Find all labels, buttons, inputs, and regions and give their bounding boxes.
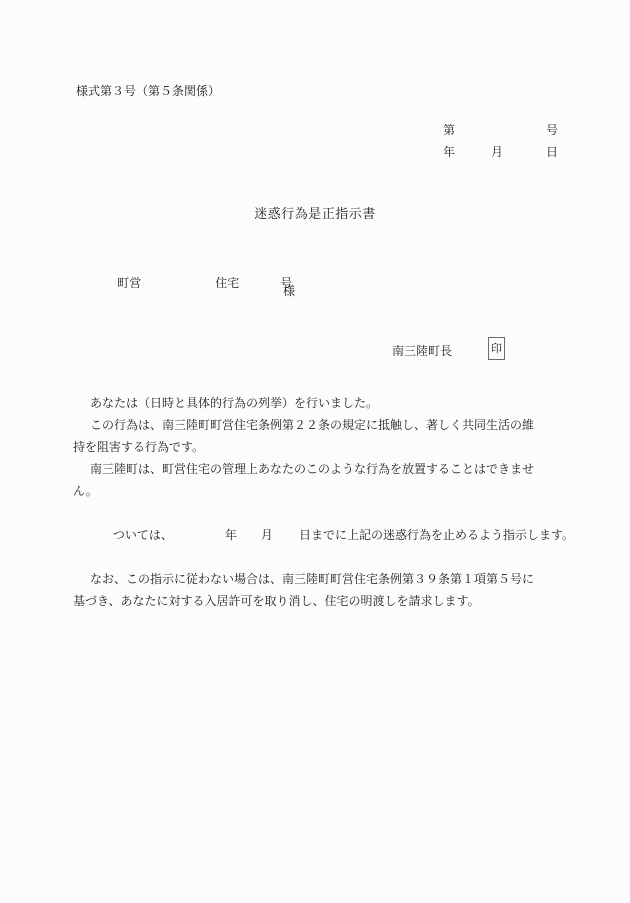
issuer-title: 南三陸町長: [392, 342, 452, 359]
date-day-label: 日: [546, 143, 558, 160]
addressee-line: 町営住宅号: [102, 260, 292, 305]
body-line: 基づき、あなたに対する入居許可を取り消し、住宅の明渡しを請求します。: [73, 590, 576, 612]
body-text: あなたは（日時と具体的行為の列挙）を行いました。 この行為は、南三陸町町営住宅条…: [73, 392, 576, 612]
inkan-seal-label: 印: [491, 343, 502, 354]
document-page: 様式第３号（第５条関係） 第 号 年 月 日 迷惑行為是正指示書 町営住宅号 様…: [0, 0, 630, 903]
body-line: あなたは（日時と具体的行為の列挙）を行いました。: [73, 392, 576, 414]
body-line: ん。: [73, 480, 576, 502]
body-line-deadline: ついては、年月日までに上記の迷惑行為を止めるよう指示します。: [73, 502, 576, 568]
body-line: この行為は、南三陸町町営住宅条例第２２条の規定に抵触し、著しく共同生活の維: [73, 414, 576, 436]
inkan-seal-box: 印: [488, 337, 505, 360]
deadline-intro: ついては、: [113, 524, 173, 546]
ref-number-suffix: 号: [546, 121, 558, 138]
addressee-housing-prefix: 町営: [117, 276, 141, 290]
form-number: 様式第３号（第５条関係）: [76, 82, 220, 99]
date-month-label: 月: [491, 143, 503, 160]
deadline-month-label: 月: [261, 524, 273, 546]
addressee-honorific: 様: [283, 282, 295, 299]
date-year-label: 年: [443, 143, 455, 160]
deadline-year-label: 年: [225, 524, 237, 546]
body-line: なお、この指示に従わない場合は、南三陸町町営住宅条例第３９条第１項第５号に: [73, 568, 576, 590]
body-line: 南三陸町は、町営住宅の管理上あなたのこのような行為を放置することはできませ: [73, 458, 576, 480]
addressee-housing-label: 住宅: [215, 274, 239, 291]
body-line: 持を阻害する行為です。: [73, 436, 576, 458]
document-title: 迷惑行為是正指示書: [0, 203, 630, 222]
deadline-day-and-rest: 日までに上記の迷惑行為を止めるよう指示します。: [299, 524, 574, 546]
ref-number-prefix: 第: [443, 121, 455, 138]
